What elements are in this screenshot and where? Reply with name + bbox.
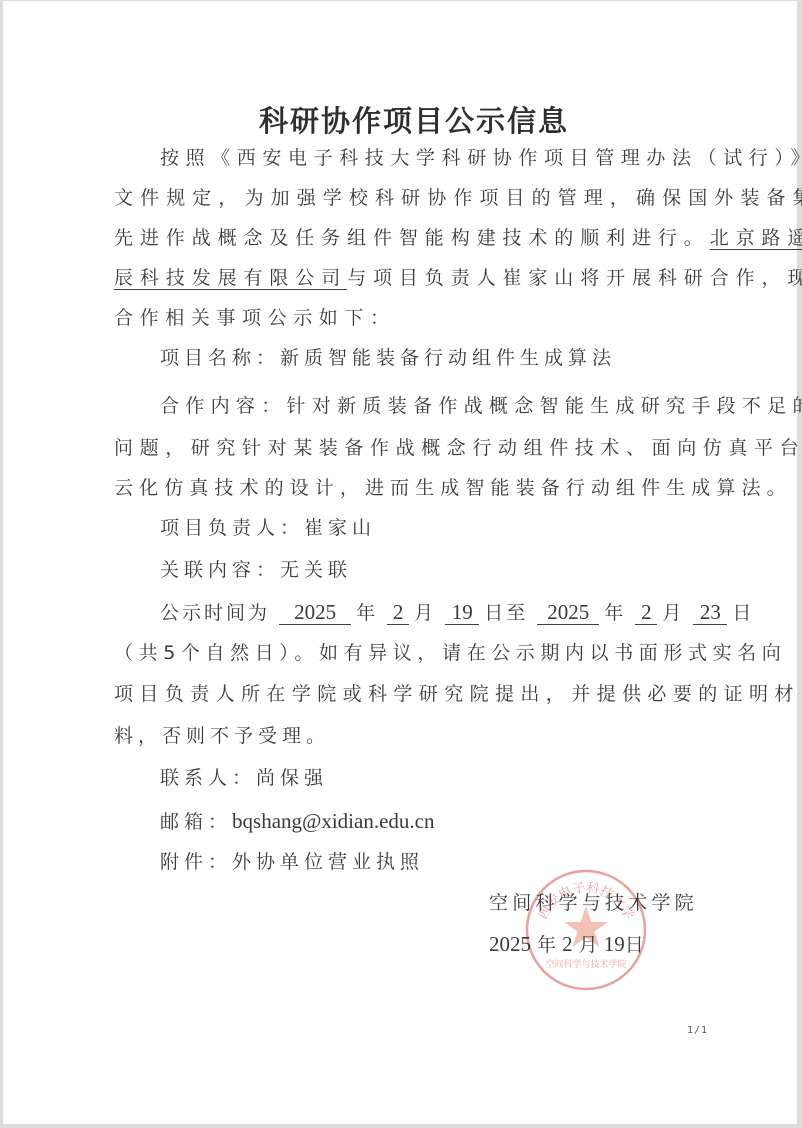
email-row: 邮箱：bqshang@xidian.edu.cn (160, 807, 434, 836)
contact-row: 联系人：尚保强 (160, 764, 328, 792)
company-name-part-2: 辰科技发展有限公司 (114, 267, 347, 289)
project-lead-value: 崔家山 (304, 517, 376, 539)
project-lead-row: 项目负责人：崔家山 (160, 514, 376, 542)
signature-month: 2 (562, 932, 573, 956)
intro-line-3-prefix: 先进作战概念及任务组件智能构建技术的顺利进行。 (114, 227, 710, 249)
end-year-char: 年 (604, 602, 626, 624)
intro-line-1: 按照《西安电子科技大学科研协作项目管理办法（试行）》 (160, 144, 802, 172)
end-day: 23 (693, 600, 727, 625)
cooperation-row-3: 云化仿真技术的设计，进而生成智能装备行动组件生成算法。 (114, 474, 792, 502)
project-name-value: 新质智能装备行动组件生成算法 (280, 347, 616, 369)
intro-line-4-suffix: 与项目负责人崔家山将开展科研合作，现将 (347, 267, 802, 289)
end-month-char: 月 (662, 602, 684, 624)
attachment-value: 外协单位营业执照 (232, 851, 424, 873)
related-label: 关联内容： (160, 559, 280, 581)
page-indicator: 1/1 (687, 1025, 708, 1036)
contact-label: 联系人： (160, 767, 256, 789)
period-label: 公示时间为 (160, 602, 270, 624)
project-name-label: 项目名称： (160, 347, 280, 369)
end-day-char: 日 (732, 602, 754, 624)
signature-month-char: 月 (579, 934, 598, 956)
end-year: 2025 (537, 600, 599, 625)
company-name-part-1: 北京路遥星 (710, 227, 802, 249)
end-month: 2 (635, 600, 657, 625)
intro-line-5: 合作相关事项公示如下： (114, 304, 396, 332)
signature-date: 2025 年 2 月 19日 (489, 930, 644, 959)
signature-year-char: 年 (537, 934, 556, 956)
signature-year: 2025 (489, 932, 531, 956)
attachment-label: 附件： (160, 851, 232, 873)
contact-value: 尚保强 (256, 767, 328, 789)
start-day-char: 日 (484, 602, 506, 624)
project-lead-label: 项目负责人： (160, 517, 304, 539)
start-year-char: 年 (356, 602, 378, 624)
signature-day-char: 日 (625, 934, 644, 956)
to-char: 至 (506, 602, 528, 624)
attachment-row: 附件：外协单位营业执照 (160, 848, 424, 876)
cooperation-row-2: 问题，研究针对某装备作战概念行动组件技术、面向仿真平台的 (114, 434, 802, 462)
cooperation-value-1: 针对新质装备作战概念智能生成研究手段不足的 (287, 395, 802, 417)
signature-org: 空间科学与技术学院 (489, 889, 698, 917)
related-row: 关联内容：无关联 (160, 556, 352, 584)
signature-day: 19 (604, 932, 625, 956)
related-value: 无关联 (280, 559, 352, 581)
intro-line-4: 辰科技发展有限公司与项目负责人崔家山将开展科研合作，现将 (114, 264, 802, 292)
start-day: 19 (445, 600, 479, 625)
document-page: 科研协作项目公示信息 按照《西安电子科技大学科研协作项目管理办法（试行）》 文件… (3, 1, 797, 1124)
seal-bottom-text: 空间科学与技术学院 (545, 958, 626, 970)
email-value: bqshang@xidian.edu.cn (232, 809, 434, 833)
email-label: 邮箱： (160, 811, 232, 833)
cooperation-label: 合作内容： (160, 395, 287, 417)
period-row: 公示时间为 2025年 2月 19日至 2025年 2月 23日 (160, 599, 754, 627)
intro-line-3: 先进作战概念及任务组件智能构建技术的顺利进行。北京路遥星 (114, 224, 802, 252)
period-line-3: 项目负责人所在学院或科学研究院提出，并提供必要的证明材 (114, 680, 800, 708)
intro-line-2: 文件规定，为加强学校科研协作项目的管理，确保国外装备集群 (114, 184, 802, 212)
project-name-row: 项目名称：新质智能装备行动组件生成算法 (160, 344, 616, 372)
period-line-2: （共5个自然日）。如有异议，请在公示期内以书面形式实名向 (114, 639, 786, 667)
start-month-char: 月 (414, 602, 436, 624)
document-title: 科研协作项目公示信息 (3, 99, 802, 140)
period-line-4: 料，否则不予受理。 (114, 722, 330, 750)
start-year: 2025 (279, 600, 351, 625)
cooperation-row-1: 合作内容：针对新质装备作战概念智能生成研究手段不足的 (160, 392, 802, 420)
start-month: 2 (387, 600, 409, 625)
